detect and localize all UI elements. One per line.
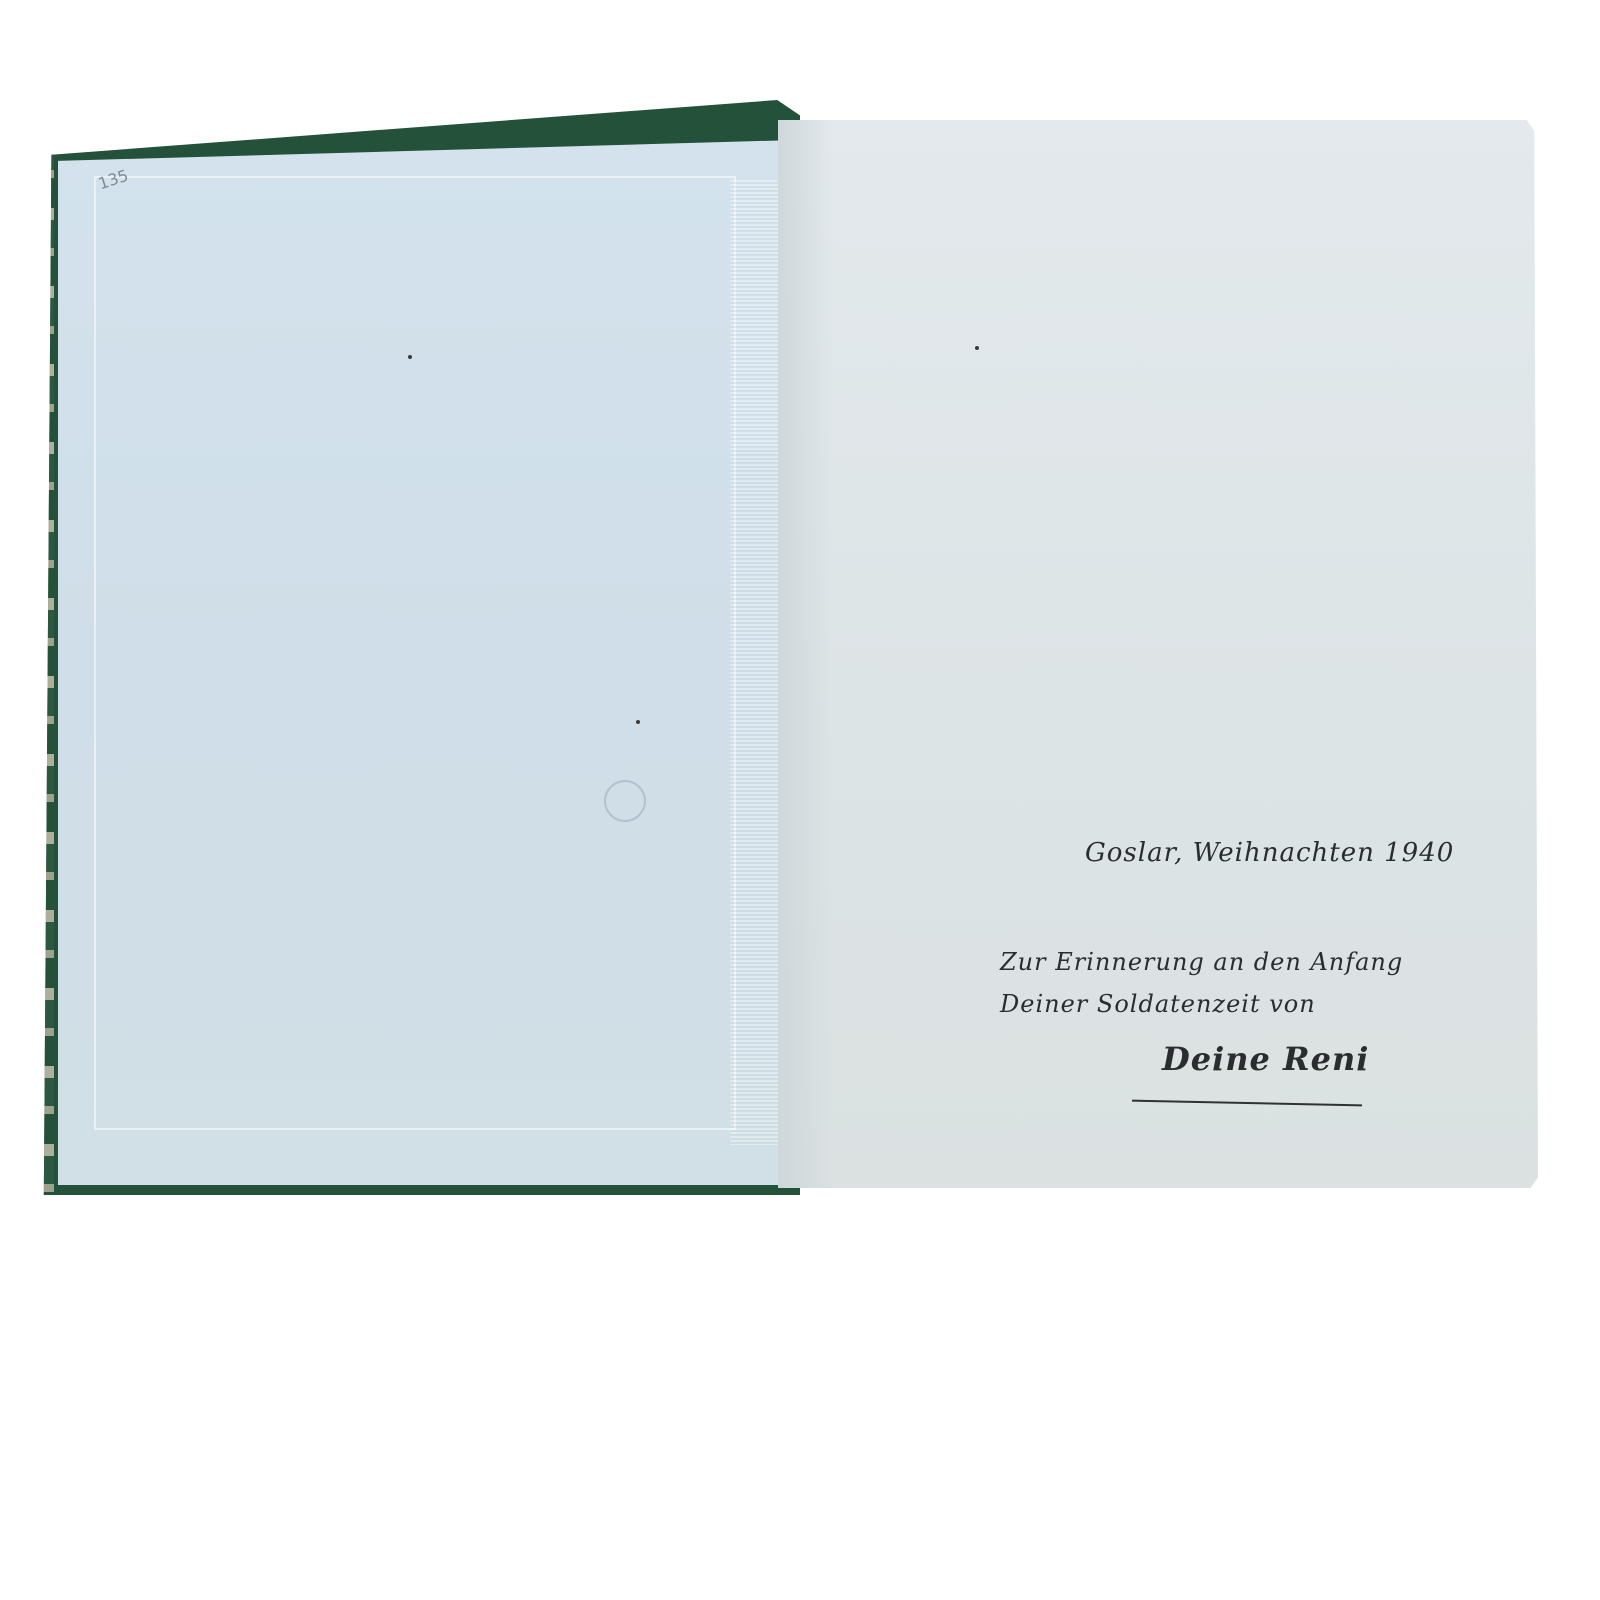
book-photo: 135 Goslar, Weihnachten 1940 Zur Erinner…: [0, 0, 1600, 1600]
inscription-signature: Deine Reni: [1162, 1040, 1369, 1078]
speck: [975, 346, 979, 350]
stain-mark: [604, 780, 646, 822]
inscription-dedication-line-1: Zur Erinnerung an den Anfang: [1000, 948, 1403, 976]
inscription-dedication-line-2: Deiner Soldatenzeit von: [1000, 990, 1316, 1018]
flyleaf-page: [778, 120, 1538, 1188]
speck: [408, 355, 412, 359]
inscription-place-date: Goslar, Weihnachten 1940: [1085, 838, 1454, 868]
front-pastedown: 135: [58, 140, 796, 1185]
gutter-shadow: [778, 120, 833, 1188]
turn-in-border: [94, 176, 736, 1130]
speck: [636, 720, 640, 724]
